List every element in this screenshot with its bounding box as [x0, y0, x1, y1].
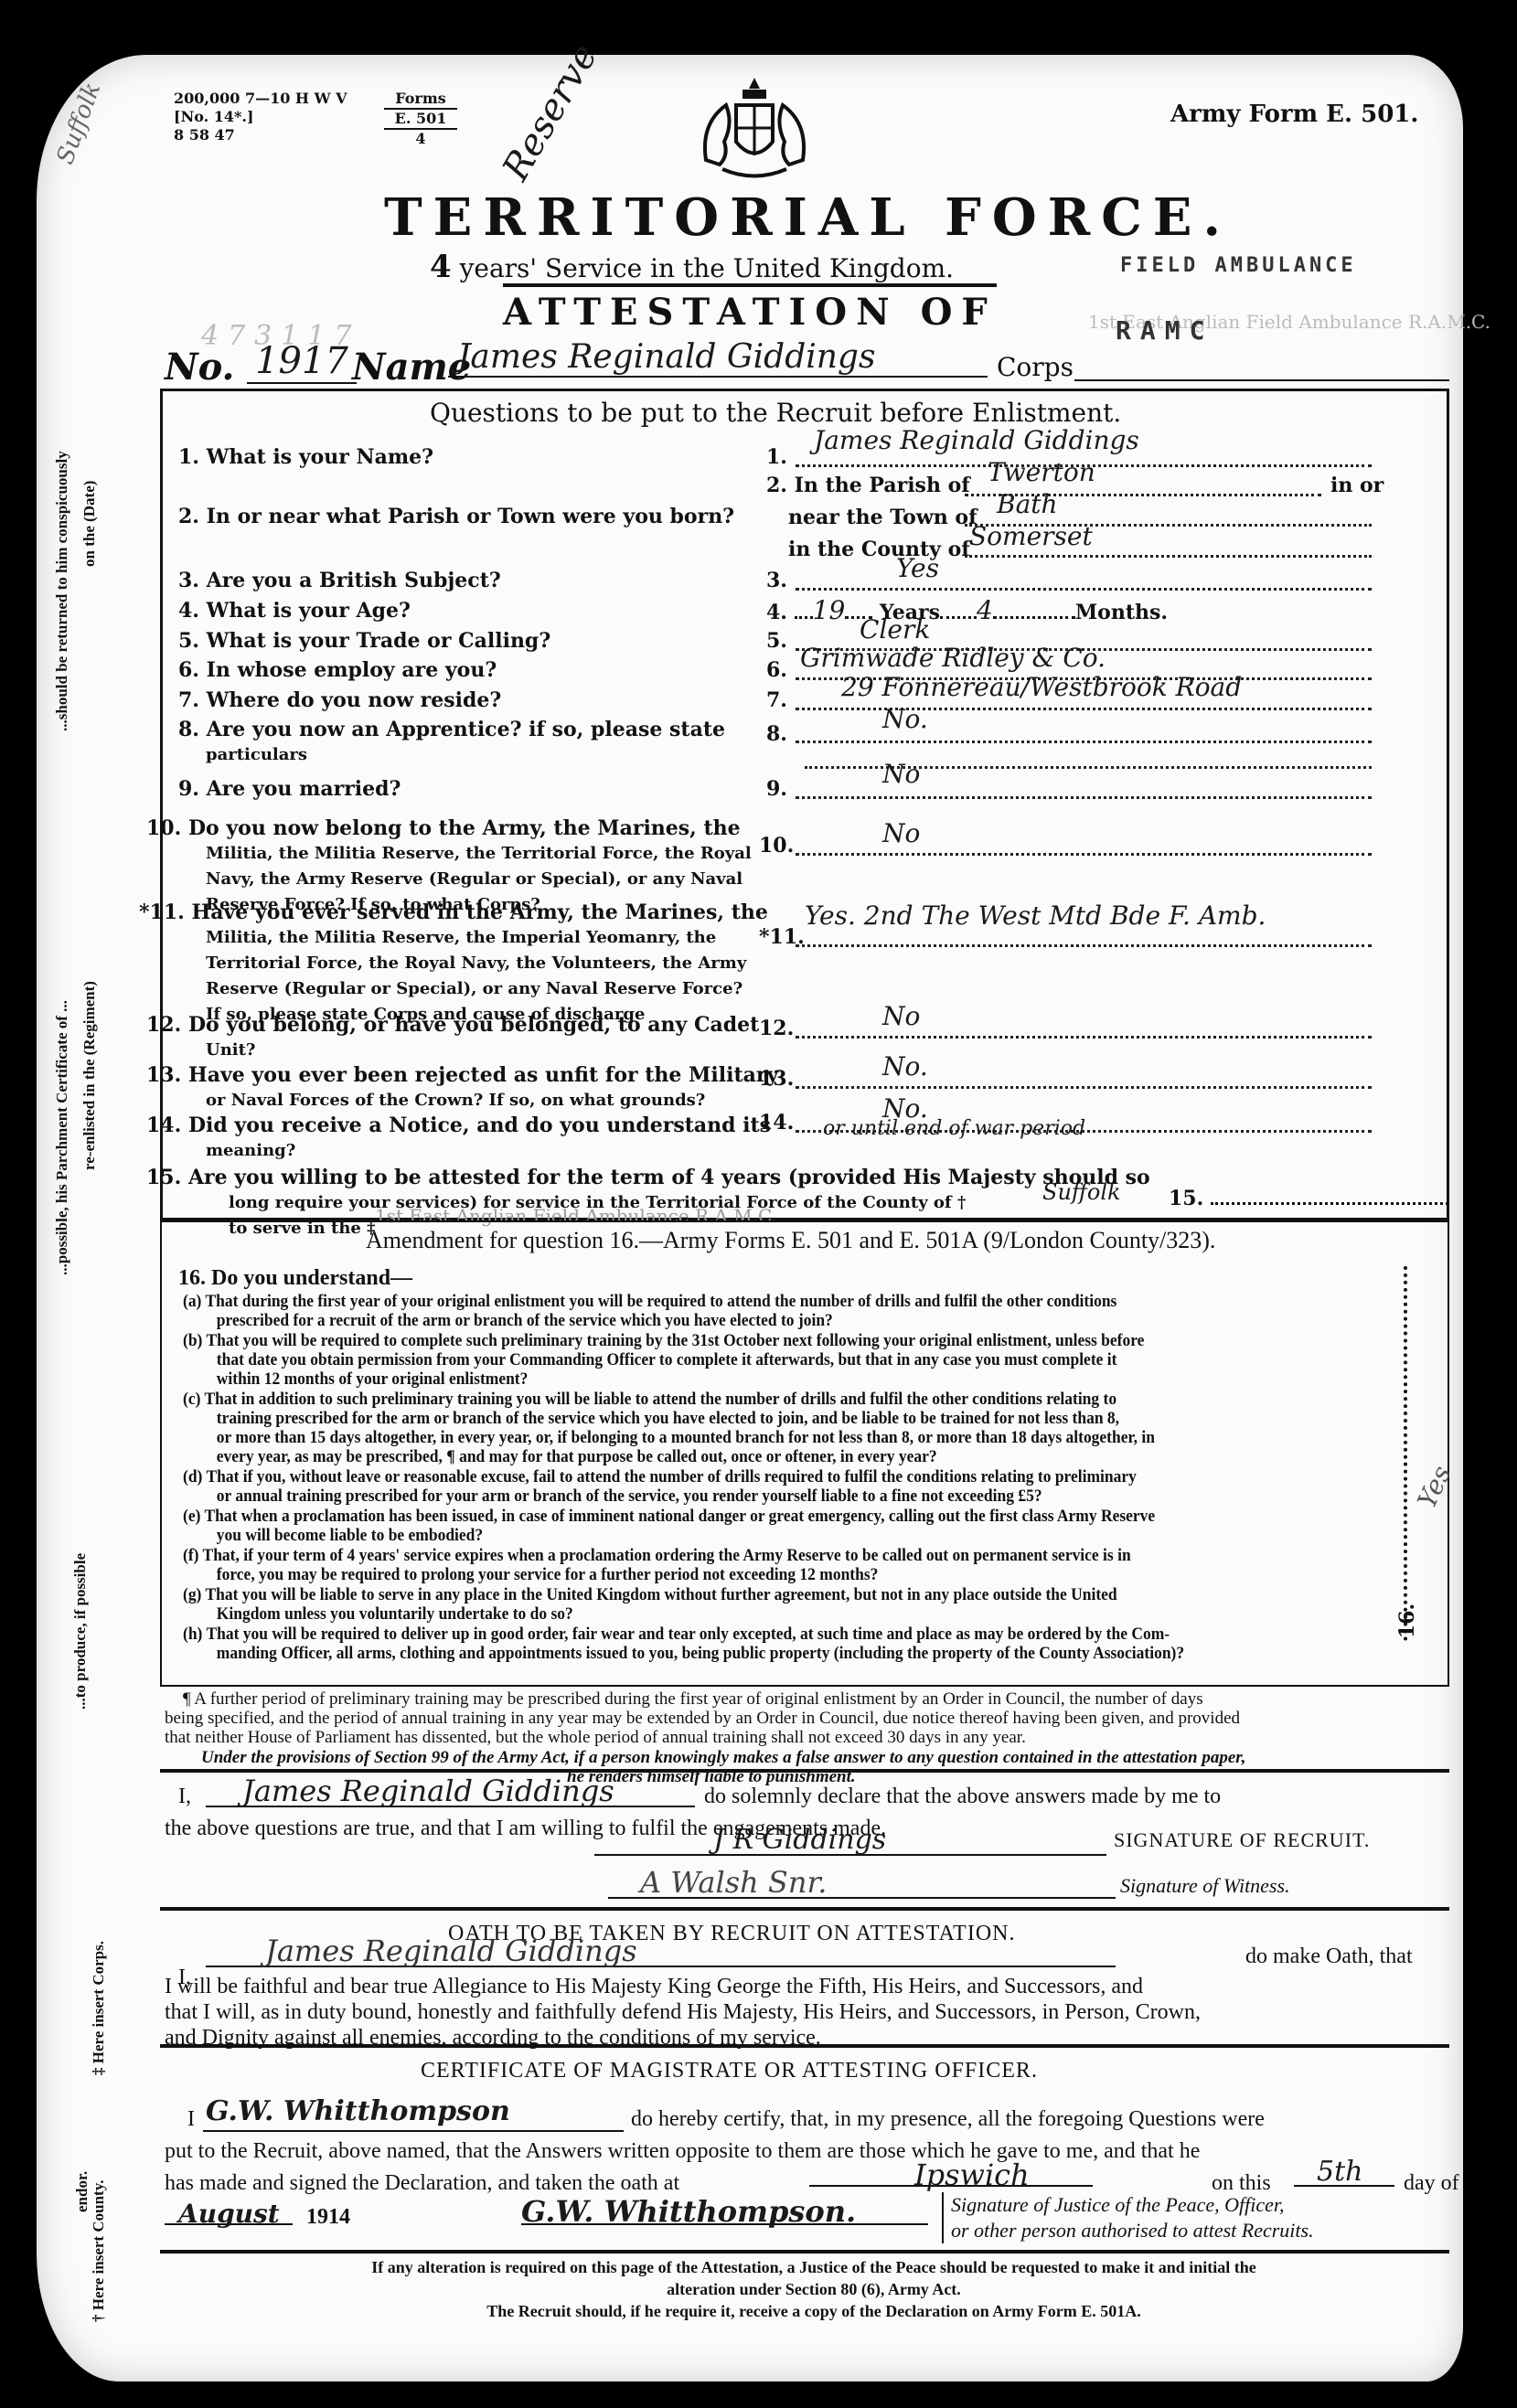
- answer-8-value[interactable]: No.: [882, 704, 928, 734]
- answer-2-county-line: [965, 555, 1372, 558]
- certificate-text-2: put to the Recruit, above named, that th…: [165, 2137, 1200, 2165]
- witness-signature-label: Signature of Witness.: [1120, 1874, 1290, 1898]
- name-value[interactable]: James Reginald Giddings: [448, 338, 988, 378]
- corps-field[interactable]: [1074, 379, 1449, 381]
- margin-note-lower: ...to produce, if possible: [71, 1553, 90, 1710]
- q15-insertion: or until end of war period: [823, 1117, 1085, 1140]
- question-5: 5. What is your Trade or Calling?: [178, 629, 550, 653]
- question-14: 14. Did you receive a Notice, and do you…: [146, 1113, 771, 1163]
- answer-13-line: [796, 1086, 1372, 1089]
- officer-name-line: [203, 2130, 624, 2132]
- declaration-prefix: I,: [178, 1783, 191, 1810]
- answer-10-num: 10.: [759, 834, 794, 858]
- stamp-ramc: RAMC: [1116, 315, 1213, 346]
- amendment-item-a: (a) That during the first year of your o…: [183, 1292, 1116, 1330]
- amendment-item-e: (e) That when a proclamation has been is…: [183, 1507, 1155, 1545]
- answer-5-num: 5.: [766, 629, 787, 653]
- question-2: 2. In or near what Parish or Town were y…: [178, 505, 734, 528]
- question-7: 7. Where do you now reside?: [178, 688, 501, 712]
- margin-note-county: † Here insert County.: [90, 2179, 108, 2322]
- answer-7-value[interactable]: 29 Fonnereau/Westbrook Road: [841, 672, 1242, 702]
- attestation-year[interactable]: 1914: [306, 2203, 350, 2231]
- answer-12-value[interactable]: No: [882, 1001, 920, 1031]
- number-label: No.: [165, 346, 234, 389]
- question-9: 9. Are you married?: [178, 777, 401, 801]
- margin-note-upper-1: ...should be returned to him conspicuous…: [53, 451, 71, 731]
- question-1: 1. What is your Name?: [178, 445, 433, 469]
- amendment-title: Amendment for question 16.—Army Forms E.…: [366, 1227, 1215, 1254]
- declaration-name[interactable]: James Reginald Giddings: [242, 1774, 614, 1808]
- answer-14-value[interactable]: No.: [882, 1093, 928, 1124]
- question-13: 13. Have you ever been rejected as unfit…: [146, 1063, 778, 1113]
- army-form-number: Army Form E. 501.: [1170, 101, 1418, 128]
- stamp-field-ambulance: FIELD AMBULANCE: [1120, 254, 1357, 277]
- answer-9-value[interactable]: No: [882, 759, 920, 789]
- recruit-signature-label: SIGNATURE OF RECRUIT.: [1114, 1828, 1370, 1852]
- answer-10-value[interactable]: No: [882, 818, 920, 848]
- subtitle-years: 4: [430, 249, 452, 285]
- oath-text-2: I will be faithful and bear true Allegia…: [165, 1973, 1143, 2000]
- answer-2-parish: 2. In the Parish of: [766, 474, 970, 497]
- amendment-item-d: (d) That if you, without leave or reason…: [183, 1467, 1137, 1506]
- answer-3-line: [796, 588, 1372, 591]
- certificate-text-3: has made and signed the Declaration, and…: [165, 2169, 679, 2197]
- bottom-note-3: The Recruit should, if he require it, re…: [165, 2300, 1463, 2322]
- answer-6-num: 6.: [766, 658, 787, 682]
- answer-12-num: 12.: [759, 1017, 794, 1040]
- answer-8-line: [796, 741, 1372, 743]
- amendment-item-f: (f) That, if your term of 4 years' servi…: [183, 1546, 1131, 1584]
- answer-15-label: 15.: [1169, 1187, 1448, 1210]
- answer-9-num: 9.: [766, 777, 787, 801]
- answer-4: 4. 19 Years4Months.: [766, 599, 1168, 624]
- oath-name[interactable]: James Reginald Giddings: [265, 1934, 637, 1968]
- margin-note-middle-2: re-enlisted in the (Regiment): [80, 981, 99, 1170]
- recruit-signature[interactable]: J R Giddings: [713, 1824, 886, 1856]
- question-8: 8. Are you now an Apprentice? if so, ple…: [178, 718, 725, 767]
- answer-7-num: 7.: [766, 688, 787, 712]
- answer-3-num: 3.: [766, 569, 787, 592]
- printer-line-3: 8 58 47: [174, 126, 347, 144]
- margin-note-upper-2: on the (Date): [80, 481, 99, 567]
- answer-2-county-value[interactable]: Somerset: [969, 521, 1093, 551]
- answer-2-in-or: in or: [1330, 474, 1383, 497]
- attestation-place[interactable]: Ipswich: [914, 2158, 1030, 2192]
- forms-label: Forms: [384, 90, 457, 110]
- certificate-title: CERTIFICATE OF MAGISTRATE OR ATTESTING O…: [421, 2057, 1038, 2084]
- answer-3-value[interactable]: Yes: [896, 553, 939, 583]
- printer-line-1: 200,000 7—10 H W V: [174, 90, 347, 108]
- attestation-month[interactable]: August: [178, 2199, 280, 2229]
- subtitle-text: years' Service in the United Kingdom.: [460, 253, 954, 283]
- answer-13-num: 13.: [759, 1067, 794, 1091]
- printer-mark: 200,000 7—10 H W V [No. 14*.] 8 58 47 Fo…: [174, 90, 347, 144]
- footnote-training: ¶ A further period of preliminary traini…: [165, 1689, 1463, 1747]
- certificate-text-1: do hereby certify, that, in my presence,…: [631, 2105, 1265, 2133]
- margin-note-middle-1: ...possible, his Parchment Certificate o…: [53, 1000, 71, 1275]
- answer-1-value[interactable]: James Reginald Giddings: [814, 425, 1139, 455]
- bottom-notes: If any alteration is required on this pa…: [165, 2256, 1463, 2322]
- officer-signature-label: Signature of Justice of the Peace, Offic…: [942, 2192, 1314, 2243]
- margin-note-corps: ‡ Here insert Corps.: [90, 1941, 108, 2075]
- answer-14-line: [796, 1130, 1372, 1133]
- question-6: 6. In whose employ are you?: [178, 658, 497, 682]
- forms-code-block: Forms E. 501 4: [384, 90, 457, 148]
- royal-crest-icon: [695, 73, 814, 183]
- declaration-text-1: do solemnly declare that the above answe…: [704, 1783, 1221, 1810]
- amendment-item-c: (c) That in addition to such preliminary…: [183, 1390, 1155, 1466]
- answer-2-town-label: near the Town of: [788, 506, 978, 529]
- answer-2-town-value[interactable]: Bath: [997, 489, 1058, 519]
- answer-6-value[interactable]: Grimwade Ridley & Co.: [800, 643, 1106, 673]
- answer-14-num: 14.: [759, 1111, 794, 1135]
- officer-signature[interactable]: G.W. Whitthompson.: [521, 2194, 856, 2229]
- answer-8-num: 8.: [766, 722, 787, 746]
- q16-side-number: 16.: [1395, 1604, 1419, 1638]
- answer-4-years: 19: [813, 595, 846, 625]
- answer-11-line: [796, 944, 1372, 947]
- answer-13-value[interactable]: No.: [882, 1051, 928, 1081]
- corps-label: Corps: [997, 352, 1074, 382]
- form-title: TERRITORIAL FORCE.: [384, 187, 1232, 248]
- answer-11-value[interactable]: Yes. 2nd The West Mtd Bde F. Amb.: [805, 900, 1266, 931]
- bottom-note-1: If any alteration is required on this pa…: [165, 2256, 1463, 2278]
- amendment-item-b: (b) That you will be required to complet…: [183, 1331, 1144, 1389]
- certificate-prefix: I: [187, 2105, 195, 2133]
- forms-code: E. 501: [384, 110, 457, 130]
- questions-heading: Questions to be put to the Recruit befor…: [430, 398, 1121, 428]
- printer-line-2: [No. 14*.]: [174, 108, 347, 126]
- answer-9-line: [796, 796, 1372, 799]
- q15-county-answer[interactable]: Suffolk: [1042, 1179, 1121, 1205]
- oath-text-3: that I will, as in duty bound, honestly …: [165, 1998, 1201, 2026]
- question-4: 4. What is your Age?: [178, 599, 411, 623]
- answer-5-value[interactable]: Clerk: [860, 614, 930, 645]
- amendment-item-g: (g) That you will be liable to serve in …: [183, 1585, 1117, 1624]
- answer-12-line: [796, 1036, 1372, 1039]
- officer-name[interactable]: G.W. Whitthompson: [206, 2095, 510, 2127]
- form-subtitle: 4 years' Service in the United Kingdom.: [430, 249, 954, 285]
- question-12: 12. Do you belong, or have you belonged,…: [146, 1013, 759, 1062]
- answer-1-num: 1.: [766, 445, 787, 469]
- oath-text-1: do make Oath, that: [1245, 1943, 1413, 1970]
- answer-2-parish-value[interactable]: Twerton: [988, 457, 1095, 487]
- bottom-note-2: alteration under Section 80 (6), Army Ac…: [165, 2278, 1463, 2300]
- number-value[interactable]: 1917: [247, 340, 357, 384]
- day-of-label: day of: [1404, 2169, 1459, 2197]
- amendment-item-h: (h) That you will be required to deliver…: [183, 1625, 1184, 1663]
- question-11: *11. Have you ever served in the Army, t…: [139, 900, 768, 1027]
- answer-4-months: 4: [977, 595, 993, 625]
- attestation-heading: ATTESTATION OF: [503, 283, 997, 334]
- question-3: 3. Are you a British Subject?: [178, 569, 501, 592]
- forms-sub: 4: [384, 130, 457, 148]
- attestation-day[interactable]: 5th: [1317, 2156, 1362, 2188]
- witness-signature[interactable]: A Walsh Snr.: [640, 1865, 827, 1900]
- answer-2-county-label: in the County of: [788, 538, 970, 561]
- margin-note-endorse: endor.: [73, 2171, 91, 2212]
- q16-answer-dotted-line[interactable]: [1404, 1266, 1411, 1641]
- question-16-label: 16. Do you understand—: [178, 1266, 412, 1291]
- answer-10-line: [796, 853, 1372, 856]
